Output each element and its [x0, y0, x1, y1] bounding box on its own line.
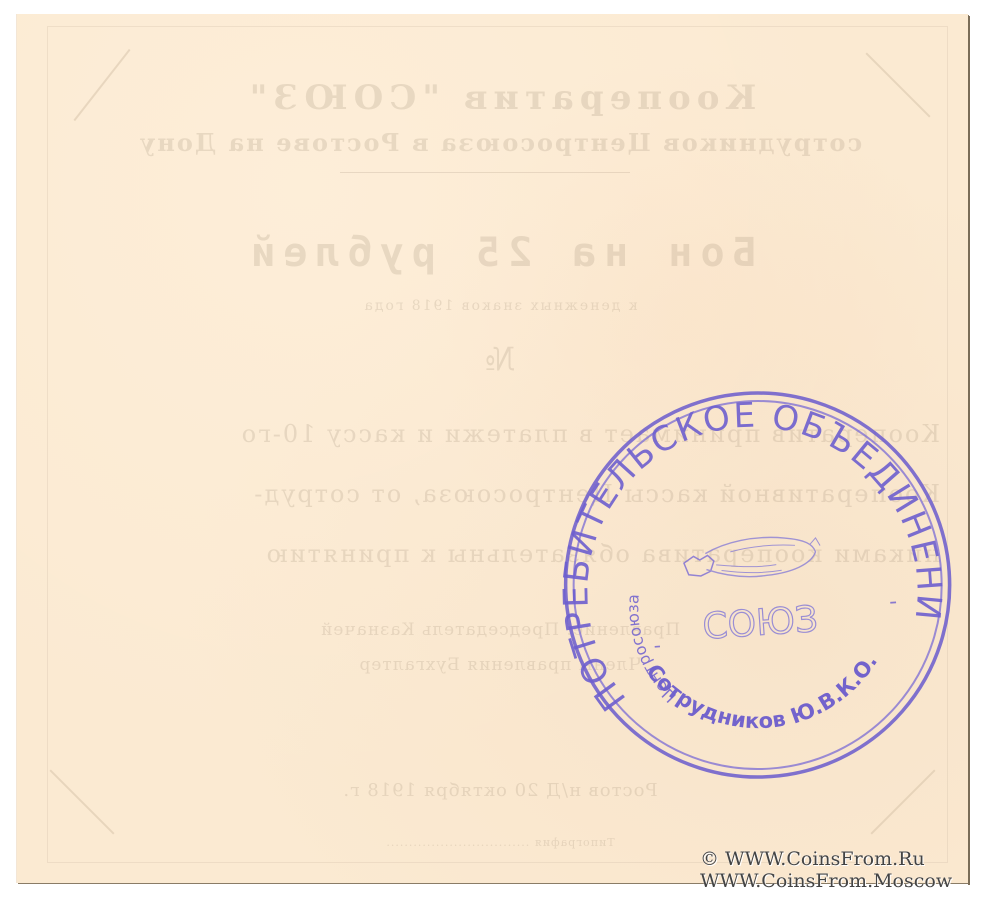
- show-through-number-mark: №: [0, 340, 1000, 378]
- stamp-dash-mark: -: [888, 589, 898, 614]
- stamp-dash-mark: -: [653, 633, 662, 657]
- show-through-title: Кооператив "СОЮЗ": [0, 78, 1000, 118]
- stamp-outer-text: ПОТРЕБИТЕЛЬСКОЕ ОБЪЕДИНЕНИЕ: [531, 346, 956, 721]
- show-through-subtitle: сотрудников Центросоюза в Ростове на Дон…: [0, 128, 1000, 157]
- stamp-center-text: СОЮЗ: [701, 599, 819, 648]
- handshake-icon: [683, 534, 822, 582]
- show-through-small-note: к денежных знаков 1918 года: [0, 298, 1000, 314]
- show-through-divider: [340, 172, 630, 173]
- copyright-watermark: © WWW.CoinsFrom.Ru WWW.CoinsFrom.Moscow: [700, 848, 952, 892]
- show-through-denomination: Бон на 25 рублей: [0, 230, 1000, 276]
- watermark-line-1: © WWW.CoinsFrom.Ru: [700, 848, 952, 870]
- watermark-line-2: WWW.CoinsFrom.Moscow: [700, 870, 952, 892]
- cooperative-stamp: ПОТРЕБИТЕЛЬСКОЕ ОБЪЕДИНЕНИЕ Сотрудников …: [545, 377, 972, 804]
